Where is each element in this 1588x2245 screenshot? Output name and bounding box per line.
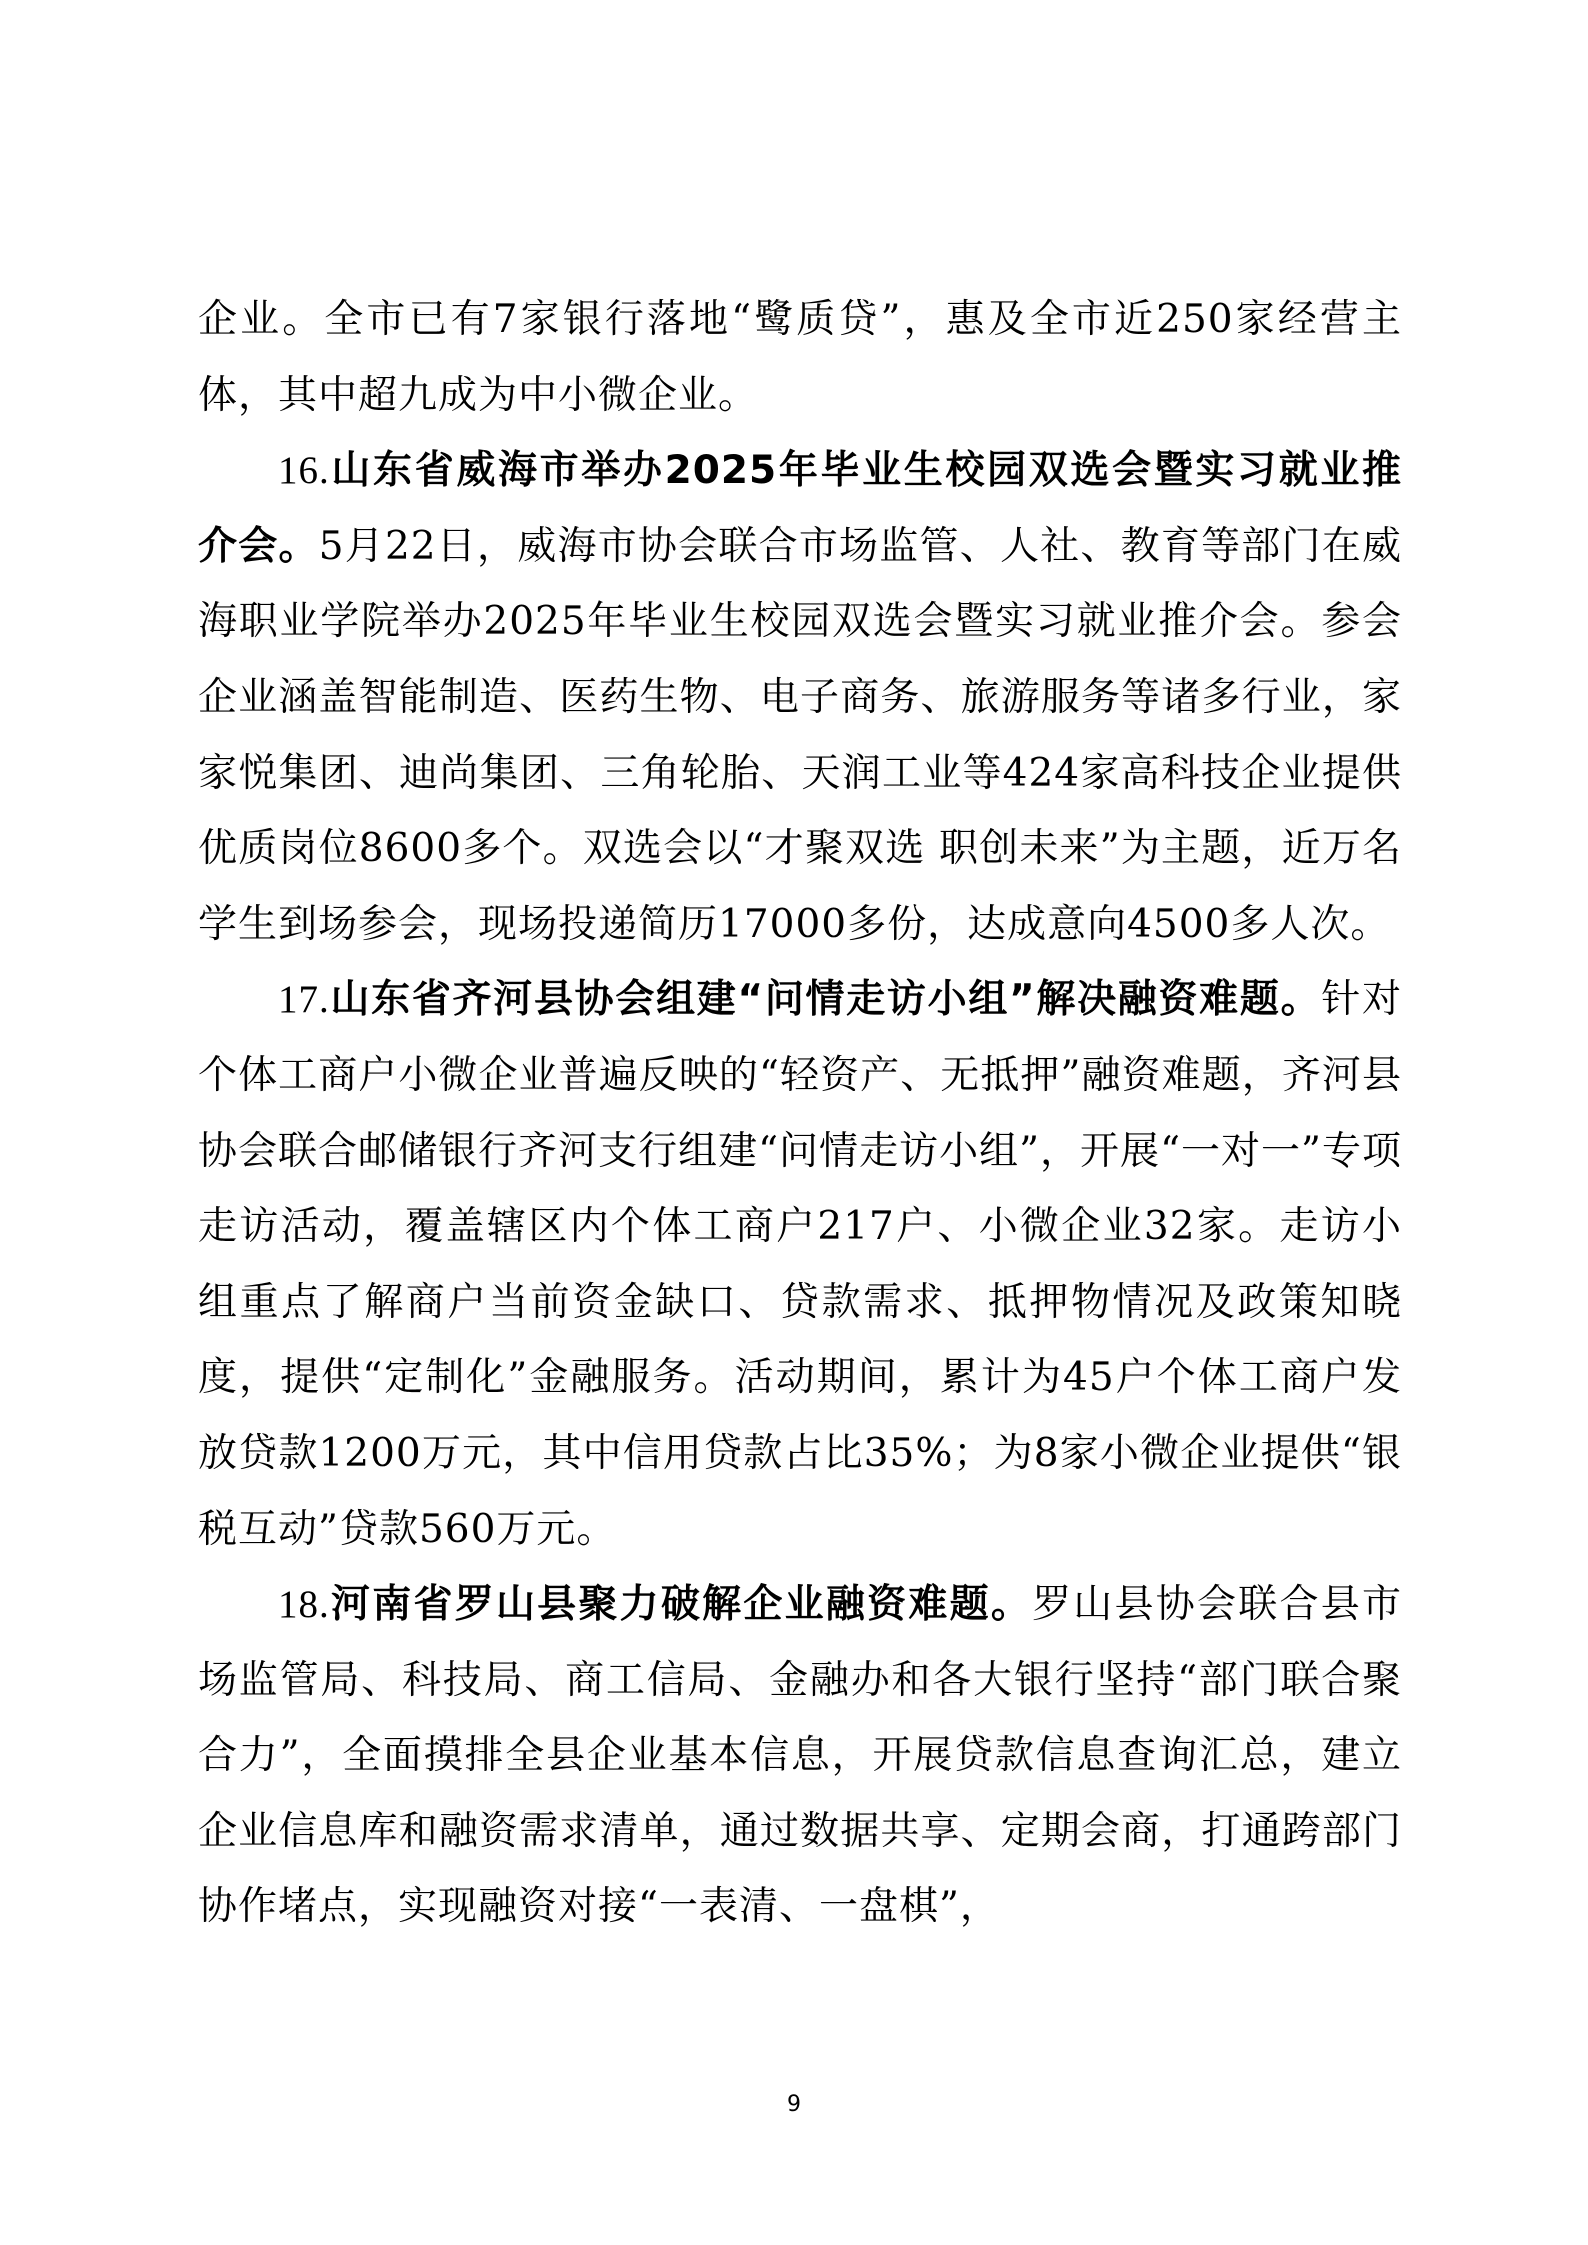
continuation-paragraph: 企业。全市已有7家银行落地“鹭质贷”，惠及全市近250家经营主体，其中超九成为中… xyxy=(198,282,1402,433)
item-18-title: 河南省罗山县聚力破解企业融资难题。 xyxy=(330,1582,1032,1627)
item-18-heading: 18.河南省罗山县聚力破解企业融资难题。 xyxy=(278,1582,1032,1627)
item-17-paragraph: 17.山东省齐河县协会组建“问情走访小组”解决融资难题。针对个体工商户小微企业普… xyxy=(198,962,1402,1567)
item-18-body: 罗山县协会联合县市场监管局、科技局、商工信局、金融办和各大银行坚持“部门联合聚合… xyxy=(198,1582,1402,1929)
item-17-number: 17. xyxy=(278,978,330,1021)
item-16-number: 16. xyxy=(278,449,330,492)
item-18-paragraph: 18.河南省罗山县聚力破解企业融资难题。罗山县协会联合县市场监管局、科技局、商工… xyxy=(198,1567,1402,1945)
page-number: 9 xyxy=(0,2092,1588,2117)
document-body: 企业。全市已有7家银行落地“鹭质贷”，惠及全市近250家经营主体，其中超九成为中… xyxy=(198,282,1402,1945)
item-17-body: 针对个体工商户小微企业普遍反映的“轻资产、无抵押”融资难题，齐河县协会联合邮储银… xyxy=(198,977,1402,1551)
item-18-number: 18. xyxy=(278,1583,330,1626)
item-16-paragraph: 16.山东省威海市举办2025年毕业生校园双选会暨实习就业推介会。5月22日，威… xyxy=(198,433,1402,962)
item-17-title: 山东省齐河县协会组建“问情走访小组”解决融资难题。 xyxy=(330,977,1322,1022)
item-16-body: 5月22日，威海市协会联合市场监管、人社、教育等部门在威海职业学院举办2025年… xyxy=(198,524,1402,947)
item-17-heading: 17.山东省齐河县协会组建“问情走访小组”解决融资难题。 xyxy=(278,977,1321,1022)
